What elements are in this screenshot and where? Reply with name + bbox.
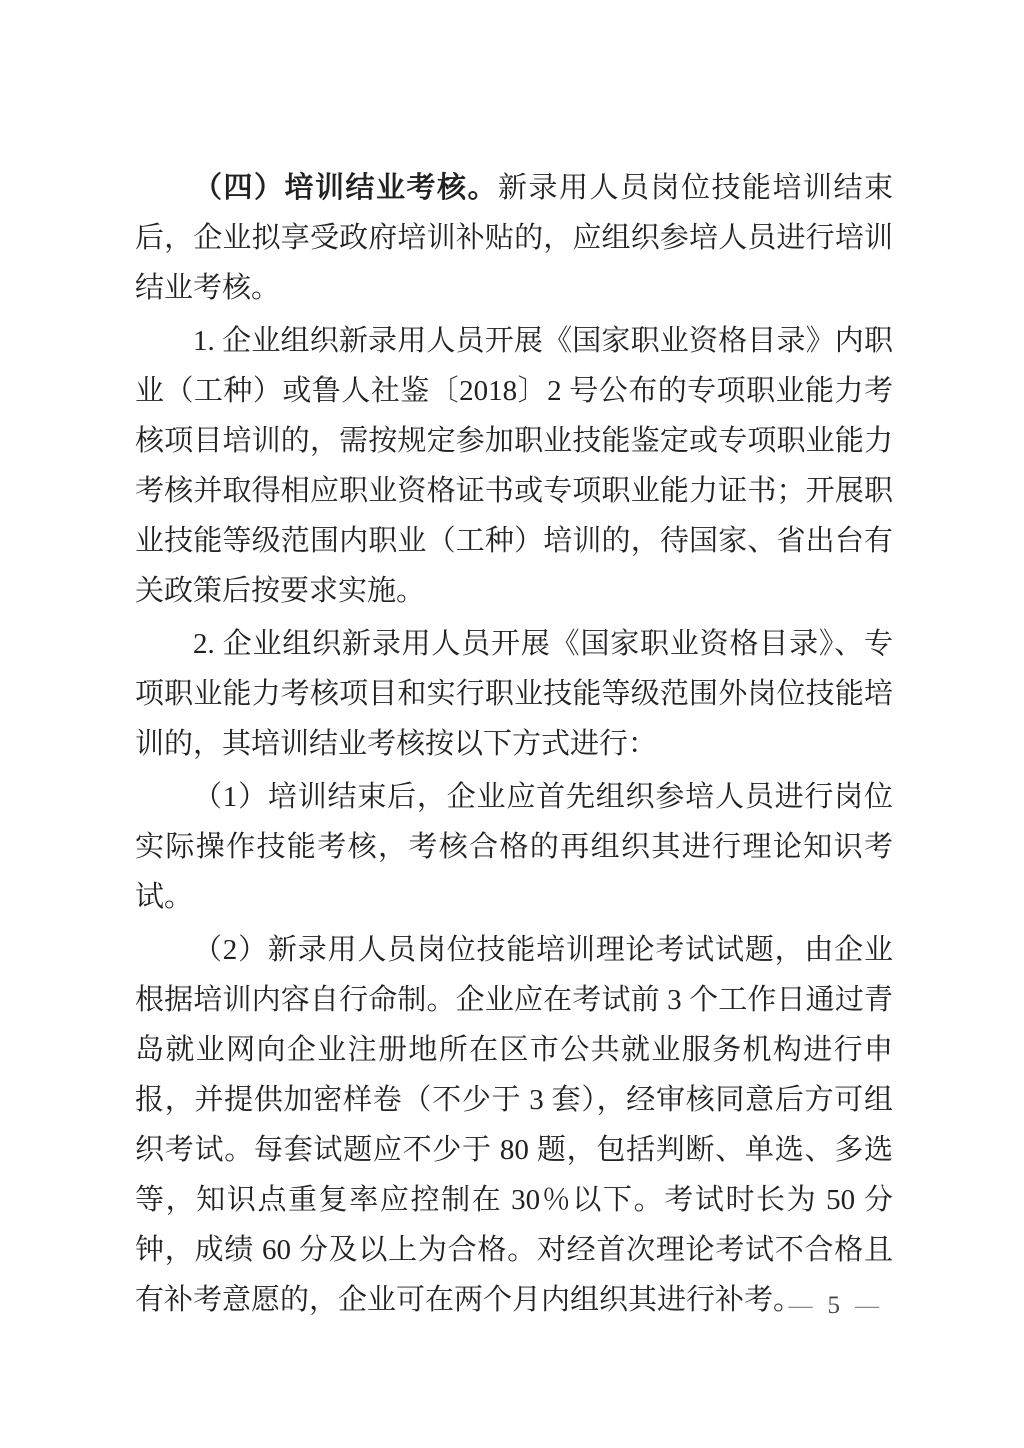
footer-left-dash: — — [789, 1292, 813, 1320]
paragraph: （2）新录用人员岗位技能培训理论考试试题，由企业根据培训内容自行命制。企业应在考… — [135, 925, 893, 1325]
paragraph: 1. 企业组织新录用人员开展《国家职业资格目录》内职业（工种）或鲁人社鉴〔201… — [135, 316, 893, 616]
page-footer: — 5 — — [789, 1292, 880, 1320]
paragraph-text: 2. 企业组织新录用人员开展《国家职业资格目录》、专项职业能力考核项目和实行职业… — [135, 628, 893, 760]
paragraph: （四）培训结业考核。新录用人员岗位技能培训结束后，企业拟享受政府培训补贴的，应组… — [135, 163, 893, 313]
document-body: （四）培训结业考核。新录用人员岗位技能培训结束后，企业拟享受政府培训补贴的，应组… — [135, 163, 893, 1328]
paragraph-text: 1. 企业组织新录用人员开展《国家职业资格目录》内职业（工种）或鲁人社鉴〔201… — [135, 325, 893, 607]
paragraph-text: （2）新录用人员岗位技能培训理论考试试题，由企业根据培训内容自行命制。企业应在考… — [135, 934, 893, 1316]
paragraph: （1）培训结束后，企业应首先组织参培人员进行岗位实际操作技能考核，考核合格的再组… — [135, 772, 893, 922]
document-page: （四）培训结业考核。新录用人员岗位技能培训结束后，企业拟享受政府培训补贴的，应组… — [0, 0, 1024, 1448]
page-number: 5 — [828, 1292, 841, 1320]
paragraph-lead-heading: （四）培训结业考核。 — [193, 172, 498, 204]
footer-right-dash: — — [855, 1292, 879, 1320]
paragraph: 2. 企业组织新录用人员开展《国家职业资格目录》、专项职业能力考核项目和实行职业… — [135, 619, 893, 769]
paragraph-text: （1）培训结束后，企业应首先组织参培人员进行岗位实际操作技能考核，考核合格的再组… — [135, 781, 893, 913]
